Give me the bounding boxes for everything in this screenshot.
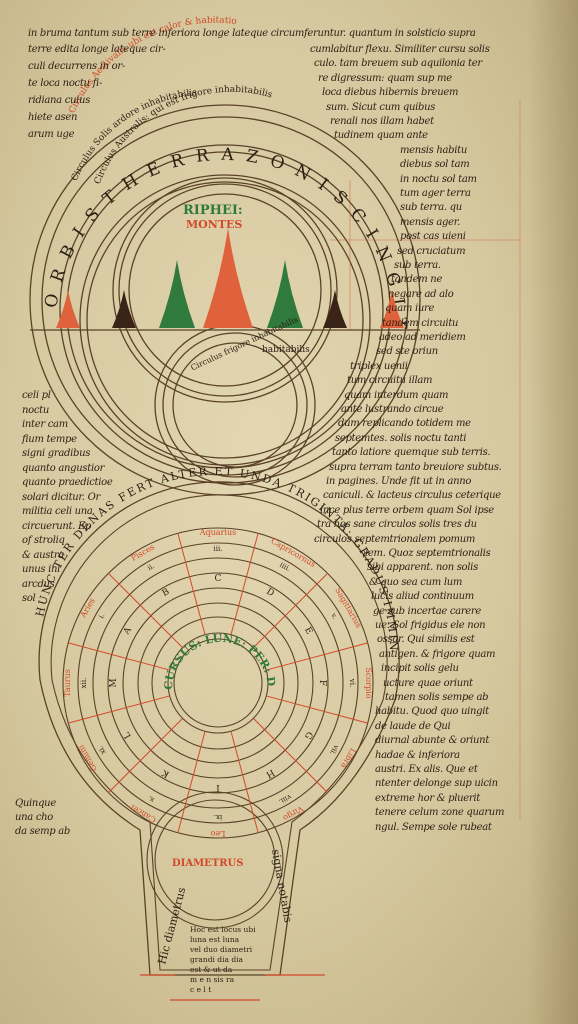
- zodiac-label: Aries: [78, 596, 97, 620]
- left-stem-label: Hic diametrus: [155, 886, 188, 966]
- text-line: quanto praedictioe: [22, 477, 112, 489]
- text-line: caniculi. & lacteus circulus ceterique: [323, 490, 501, 502]
- text-line: diurnal abunte & oriunt: [375, 735, 489, 747]
- text-line: tum ager terra: [400, 188, 471, 200]
- mountain-4: [267, 260, 303, 328]
- zodiac-label: Libra: [339, 747, 358, 770]
- zodiac-label: E: [302, 626, 314, 637]
- text-line: una cho: [15, 812, 53, 824]
- text-line: quam iure: [385, 303, 434, 315]
- diametrus-label: DIAMETRUS: [172, 858, 244, 869]
- text-line: signi gradibus: [22, 448, 90, 460]
- zodiac-label: Aquarius: [199, 528, 236, 537]
- text-line: lem. Quoz septemtrionalis: [365, 548, 490, 560]
- zodiac-label: B: [161, 587, 172, 599]
- zodiac-label: A: [121, 625, 134, 637]
- zodiac-label: Sagittarius: [333, 586, 363, 629]
- stem-text-block: Hoc est locus ubiluna est lunavel duo di…: [189, 925, 256, 994]
- text-line: ue. Sol frigidus ele non: [375, 620, 485, 632]
- mountain-5: [323, 290, 347, 328]
- text-line: solari dicitur. Or: [22, 492, 100, 504]
- habitabilis-label: habitabilis: [262, 345, 310, 355]
- text-line: negare ad alo: [388, 289, 453, 301]
- text-line: sol: [22, 593, 35, 605]
- text-line: de laude de Qui: [375, 721, 450, 733]
- text-line: culo. tam breuem sub aquilonia ter: [314, 58, 482, 70]
- text-line: fium tempe: [22, 434, 77, 446]
- zodiac-label: ii.: [146, 562, 156, 572]
- text-line: sub terra. qu: [400, 202, 462, 214]
- zodiac-label: I: [216, 782, 220, 792]
- stem-text-line: m e n sis ra: [190, 975, 235, 984]
- zodiac-label: G: [302, 729, 314, 740]
- stem-text-line: c e l t: [190, 985, 211, 994]
- text-line: noctu: [22, 405, 49, 417]
- text-line: ngul. Sempe sole rubeat: [375, 822, 492, 834]
- zodiac-label: iii.: [214, 545, 223, 553]
- text-line: te loca noctu fi-: [28, 78, 102, 90]
- text-line: circulos septemtrionalem pomum: [314, 534, 475, 546]
- montes-title: MONTES: [186, 218, 242, 231]
- text-line: celi pl: [22, 390, 51, 402]
- stem-text-line: grandi dia dia: [190, 955, 244, 964]
- text-line: tandem circuitu: [382, 318, 458, 330]
- text-line: ridiana cuius: [28, 95, 90, 107]
- text-line: cumlabitur flexu. Similiter cursu solis: [310, 44, 490, 56]
- text-line: ge sub incertae carere: [373, 606, 481, 618]
- text-line: lucis aliud continuum: [371, 591, 474, 603]
- text-line: antigen. & frigore quam: [379, 649, 495, 661]
- text-line: tra hos sane circulos solis tres du: [317, 519, 477, 531]
- text-line: sibi apparent. non solis: [367, 562, 478, 574]
- text-line: unus ini: [22, 564, 60, 576]
- text-line: austri. Ex alis. Que et: [375, 764, 478, 776]
- text-line: ucture quae oriunt: [383, 678, 473, 690]
- text-line: tum circuitu illam: [347, 375, 432, 387]
- text-line: re digressum: quam sup me: [318, 73, 452, 85]
- zodiac-label: xii.: [80, 678, 88, 689]
- zodiac-label: viii.: [277, 792, 293, 806]
- zodiac-label: vi.: [348, 678, 356, 687]
- text-line: sum. Sicut cum quibus: [326, 102, 435, 114]
- riphean-mountains: [56, 228, 404, 328]
- text-line: sed ste oriun: [376, 346, 438, 358]
- text-line: in pagines. Unde fit ut in anno: [326, 476, 471, 488]
- text-line: loca diebus hibernis breuem: [322, 87, 458, 99]
- text-line: ossar. Qui similis est: [377, 634, 475, 646]
- text-line: quam interdum quam: [344, 390, 448, 402]
- mountain-3: [203, 228, 253, 328]
- text-line: renali nos illam habet: [330, 116, 434, 128]
- text-line: tamen solis sempe ab: [385, 692, 488, 704]
- zodiac-label: Cancer: [128, 802, 158, 824]
- text-line: extreme hor & pluerit: [375, 793, 480, 805]
- text-line: septemtes. solis noctu tanti: [335, 433, 466, 445]
- zodiac-label: xi.: [96, 744, 107, 755]
- stem-text-line: vel duo diametri: [189, 945, 253, 954]
- text-line: quanto angustior: [22, 463, 104, 475]
- zodiac-label: L: [122, 730, 134, 740]
- riphei-title: RIPHEI:: [183, 203, 243, 218]
- text-line: tandem ne: [391, 274, 442, 286]
- text-line: adeo ad meridiem: [379, 332, 466, 344]
- text-line: circuerunt. Ep: [22, 521, 91, 533]
- text-line: tanto latiore quemque sub terris.: [332, 447, 490, 459]
- text-line: tenere celum zone quarum: [375, 807, 504, 819]
- text-line: & austra: [22, 550, 64, 562]
- zodiac-label: i.: [97, 612, 106, 620]
- zodiac-label: D: [264, 587, 275, 599]
- zodiac-label: Leo: [210, 829, 225, 838]
- text-line: mensis ager.: [400, 217, 460, 229]
- manuscript-page: ORBISTHERRAZONISCINGITUR Circulus Austra…: [0, 0, 578, 1024]
- text-line: militia celi una: [22, 506, 93, 518]
- zodiac-label: x.: [146, 794, 155, 804]
- text-line: arcdus: [22, 579, 55, 591]
- text-line: ante lustrando circue: [341, 404, 443, 416]
- text-line: habitu. Quod quo uingit: [375, 706, 489, 718]
- text-line: terre edita longe lateque cir-: [28, 44, 165, 56]
- text-line: in noctu sol tam: [400, 174, 477, 186]
- text-line: ntenter delonge sup uicin: [375, 778, 498, 790]
- stem-text-line: est & ut da: [190, 965, 233, 974]
- text-line: of stroliq: [22, 535, 65, 547]
- zodiac-label: C: [215, 574, 222, 584]
- text-line: tudinem quam ante: [334, 130, 428, 142]
- zodiac-label: Taurus: [63, 669, 72, 697]
- text-line: diebus sol tam: [400, 159, 469, 171]
- text-line: Quinque: [15, 798, 56, 810]
- text-line: inter cam: [22, 419, 68, 431]
- text-line: da semp ab: [15, 826, 70, 838]
- mountain-2: [159, 260, 195, 328]
- text-line: & quo sea cum lum: [369, 577, 462, 589]
- text-line: sub terra.: [394, 260, 441, 272]
- zodiac-label: Gemini: [76, 743, 99, 773]
- text-line: incipit solis gelu: [381, 663, 459, 675]
- stem-text-line: Hoc est locus ubi: [190, 925, 256, 934]
- zodiac-label: v.: [329, 611, 339, 621]
- stem-text-line: luna est luna: [190, 935, 240, 944]
- text-line: dum replicando totidem me: [338, 418, 471, 430]
- zodiac-label: Capricornus: [269, 536, 317, 569]
- right-stem-label: signa notabis: [269, 848, 295, 924]
- text-line: culi decurrens in or-: [28, 61, 125, 73]
- zodiac-label: F: [317, 680, 327, 686]
- text-line: sed cruciatum: [397, 246, 465, 258]
- text-line: ince plus terre orbem quam Sol ipse: [320, 505, 494, 517]
- zodiac-label: H: [264, 767, 276, 780]
- zodiac-label: K: [160, 767, 171, 779]
- zodiac-label: M: [109, 678, 119, 687]
- text-line: arum uge: [28, 129, 74, 141]
- text-line: hiete asen: [28, 112, 77, 124]
- text-line: hadae & inferiora: [375, 750, 460, 762]
- zodiac-label: ix.: [214, 813, 222, 821]
- mountain-1: [112, 290, 136, 328]
- text-line: post cas uieni: [400, 231, 466, 243]
- text-line: supra terram tanto breuiore subtus.: [329, 462, 502, 474]
- zodiac-label: Scorpio: [364, 667, 373, 698]
- text-line: triplex uenii: [350, 361, 408, 373]
- text-line: in bruma tantum sub terre inferiora long…: [28, 28, 476, 40]
- text-line: mensis habitu: [400, 145, 467, 157]
